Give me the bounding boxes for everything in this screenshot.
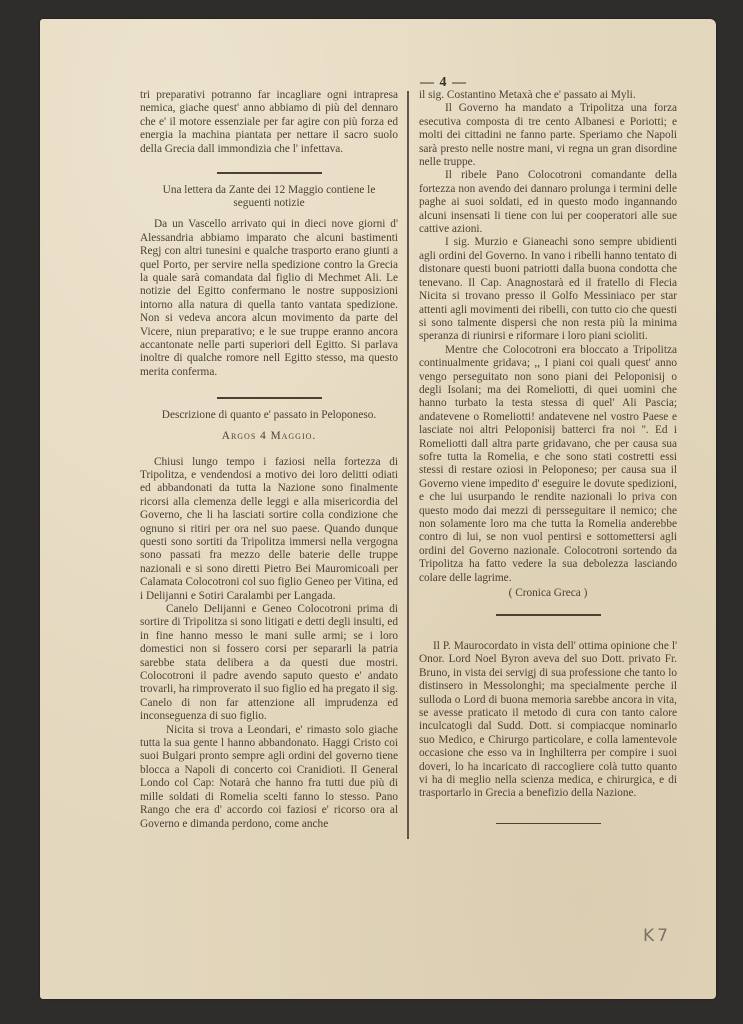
- intro-paragraph: tri preparativi potranno far incagliare …: [140, 89, 398, 156]
- zante-letter-paragraph: Da un Vascello arrivato qui in dieci nov…: [140, 218, 398, 379]
- article-paragraph: Mentre che Colocotroni era bloccato a Tr…: [419, 344, 677, 585]
- section-divider: [496, 823, 601, 825]
- maurocordato-paragraph: Il P. Maurocordato in vista dell' ottima…: [419, 640, 677, 801]
- newspaper-page: — 4 — tri preparativi potranno far incag…: [40, 19, 716, 999]
- section-divider: [217, 172, 322, 174]
- column-divider: [407, 91, 409, 839]
- article-paragraph: Chiusi lungo tempo i faziosi nella forte…: [140, 456, 398, 603]
- source-attribution: ( Cronica Greca ): [419, 587, 677, 600]
- section-heading-peloponneso: Descrizione di quanto e' passato in Pelo…: [154, 409, 384, 422]
- handwritten-archive-mark: K7: [643, 926, 671, 946]
- article-paragraph: il sig. Costantino Metaxà che e' passato…: [419, 89, 677, 102]
- article-paragraph: Nicita si trova a Leondari, e' rimasto s…: [140, 724, 398, 831]
- article-paragraph: Il Governo ha mandato a Tripolitza una f…: [419, 102, 677, 169]
- section-heading-zante: Una lettera da Zante dei 12 Maggio conti…: [154, 184, 384, 211]
- dateline: Argos 4 Maggio.: [140, 430, 398, 443]
- article-paragraph: Canelo Delijanni e Geneo Colocotroni pri…: [140, 603, 398, 724]
- article-paragraph: Il ribele Pano Colocotroni comandante de…: [419, 169, 677, 236]
- section-divider: [217, 397, 322, 399]
- article-paragraph: I sig. Murzio e Gianeachi sono sempre ub…: [419, 236, 677, 343]
- section-divider: [496, 614, 601, 616]
- left-column: tri preparativi potranno far incagliare …: [140, 89, 398, 831]
- right-column: il sig. Costantino Metaxà che e' passato…: [419, 89, 677, 832]
